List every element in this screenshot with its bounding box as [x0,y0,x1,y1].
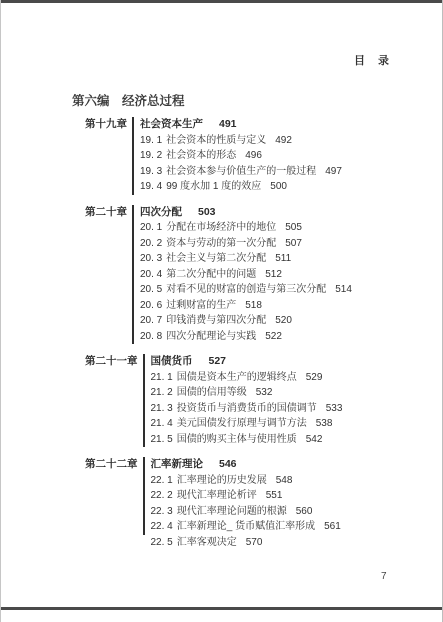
section-title: 社会资本的性质与定义 [166,135,266,146]
section-title: 四次分配理论与实践 [166,331,256,342]
section-title: 国债是资本生产的逻辑终点 [177,372,297,383]
page-top-border [0,0,443,3]
chapter-label: 第二十章 [85,205,127,221]
section-title: 汇率客观决定 [177,537,237,548]
section-number: 22. 5 [151,537,173,548]
toc-entry: 20. 5对看不见的财富的创造与第三次分配514 [140,282,352,298]
toc-entry: 20. 6过剩财富的生产518 [140,298,352,314]
chapter-title-row: 社会资本生产491 [140,117,342,133]
section-page: 560 [296,506,313,517]
chapter-ruled-section: 社会资本生产491 19. 1社会资本的性质与定义492 19. 2社会资本的形… [132,117,342,195]
section-page: 512 [265,269,282,280]
chapter-ruled-section: 汇率新理论546 22. 1汇率理论的历史发展548 22. 2现代汇率理论析评… [143,457,341,535]
section-page: 542 [306,434,323,445]
section-page: 522 [265,331,282,342]
toc-entry: 22. 4汇率新理论_ 货币赋值汇率形成561 [151,519,341,535]
toc-entry: 20. 7印钱消费与第四次分配520 [140,313,352,329]
section-page: 570 [246,537,263,548]
section-title: 资本与劳动的第一次分配 [166,238,276,249]
section-page: 514 [335,284,352,295]
chapter-title-row: 国债货币527 [151,354,343,370]
chapter-ruled-section: 国债货币527 21. 1国债是资本生产的逻辑终点529 21. 2国债的信用等… [143,354,343,447]
toc-entry: 20. 1分配在市场经济中的地位505 [140,220,352,236]
section-page: 529 [306,372,323,383]
section-title: 过剩财富的生产 [166,300,236,311]
page-number: 7 [381,571,387,582]
chapter-ruled-section: 四次分配503 20. 1分配在市场经济中的地位505 20. 2资本与劳动的第… [132,205,352,345]
page-left-border [0,0,1,622]
section-title: 99 度水加 1 度的效应 [166,181,261,192]
section-number: 21. 5 [151,434,173,445]
toc-entry: 21. 1国债是资本生产的逻辑终点529 [151,370,343,386]
section-page: 511 [275,253,291,264]
section-title: 汇率新理论_ 货币赋值汇率形成 [177,521,315,532]
toc-entry: 21. 3投资货币与消费货币的国债调节533 [151,401,343,417]
toc-entry: 19. 2社会资本的形态496 [140,148,342,164]
chapter-title: 社会资本生产 [140,118,203,130]
chapter-unruled-section: 22. 5汇率客观决定570 [143,535,341,551]
toc-entry: 21. 2国债的信用等级532 [151,385,343,401]
chapter-page: 527 [209,355,227,367]
section-title: 汇率理论的历史发展 [177,475,267,486]
toc-entry: 22. 2现代汇率理论析评551 [151,488,341,504]
section-number: 21. 2 [151,387,173,398]
section-title: 第二次分配中的问题 [166,269,256,280]
section-page: 533 [326,403,343,414]
chapter-page: 491 [219,118,237,130]
section-number: 21. 4 [151,418,173,429]
chapter-title-row: 四次分配503 [140,205,352,221]
chapter-body: 四次分配503 20. 1分配在市场经济中的地位505 20. 2资本与劳动的第… [132,205,352,345]
section-number: 20. 3 [140,253,162,264]
section-number: 20. 2 [140,238,162,249]
section-number: 20. 7 [140,315,162,326]
section-number: 19. 4 [140,181,162,192]
section-number: 21. 3 [151,403,173,414]
chapter-block-20: 第二十章 四次分配503 20. 1分配在市场经济中的地位505 20. 2资本… [85,205,425,345]
toc-entry: 19. 1社会资本的性质与定义492 [140,133,342,149]
section-page: 518 [245,300,262,311]
section-title: 对看不见的财富的创造与第三次分配 [166,284,326,295]
chapter-page: 503 [198,206,216,218]
section-number: 20. 5 [140,284,162,295]
section-title: 现代汇率理论析评 [177,490,257,501]
section-number: 22. 4 [151,521,173,532]
section-page: 538 [316,418,333,429]
section-page: 496 [245,150,262,161]
section-number: 20. 6 [140,300,162,311]
toc-entry: 20. 2资本与劳动的第一次分配507 [140,236,352,252]
chapter-body: 国债货币527 21. 1国债是资本生产的逻辑终点529 21. 2国债的信用等… [143,354,343,447]
chapter-title: 四次分配 [140,206,182,218]
running-head: 目 录 [354,52,390,68]
toc-entry: 21. 4美元国债发行原理与调节方法538 [151,416,343,432]
section-page: 497 [325,166,342,177]
section-title: 投资货币与消费货币的国债调节 [177,403,317,414]
chapter-label: 第十九章 [85,117,127,133]
section-title: 国债的信用等级 [177,387,247,398]
section-number: 22. 1 [151,475,173,486]
toc-entry: 19. 499 度水加 1 度的效应500 [140,179,342,195]
section-page: 548 [276,475,293,486]
chapter-title: 汇率新理论 [151,458,204,470]
toc-entry: 20. 8四次分配理论与实践522 [140,329,352,345]
toc-entry: 20. 3社会主义与第二次分配511 [140,251,352,267]
section-number: 19. 2 [140,150,162,161]
section-page: 551 [266,490,283,501]
chapter-body: 社会资本生产491 19. 1社会资本的性质与定义492 19. 2社会资本的形… [132,117,342,195]
toc-page: 目 录 第六编 经济总过程 第十九章 社会资本生产491 19. 1社会资本的性… [0,0,443,622]
section-number: 22. 3 [151,506,173,517]
section-title: 分配在市场经济中的地位 [166,222,276,233]
page-bottom-border [0,607,443,610]
section-page: 507 [285,238,302,249]
chapter-block-21: 第二十一章 国债货币527 21. 1国债是资本生产的逻辑终点529 21. 2… [85,354,425,447]
section-title: 印钱消费与第四次分配 [166,315,266,326]
chapter-label: 第二十一章 [85,354,138,370]
section-number: 20. 8 [140,331,162,342]
section-number: 20. 1 [140,222,162,233]
chapter-title-row: 汇率新理论546 [151,457,341,473]
toc-entry: 20. 4第二次分配中的问题512 [140,267,352,283]
toc-entry: 21. 5国债的购买主体与使用性质542 [151,432,343,448]
section-title: 社会主义与第二次分配 [166,253,266,264]
toc-entry: 22. 3现代汇率理论问题的根源560 [151,504,341,520]
toc-entry: 22. 1汇率理论的历史发展548 [151,473,341,489]
section-page: 561 [324,521,341,532]
section-title: 国债的购买主体与使用性质 [177,434,297,445]
chapter-title: 国债货币 [151,355,193,367]
chapter-page: 546 [219,458,237,470]
section-page: 505 [285,222,302,233]
section-number: 19. 3 [140,166,162,177]
section-title: 社会资本参与价值生产的一般过程 [166,166,316,177]
toc-entry: 22. 5汇率客观决定570 [151,535,341,551]
section-page: 500 [270,181,287,192]
chapter-label: 第二十二章 [85,457,138,473]
table-of-contents: 第十九章 社会资本生产491 19. 1社会资本的性质与定义492 19. 2社… [85,117,425,560]
section-number: 19. 1 [140,135,162,146]
chapter-body: 汇率新理论546 22. 1汇率理论的历史发展548 22. 2现代汇率理论析评… [143,457,341,550]
section-title: 社会资本的形态 [166,150,236,161]
chapter-block-22: 第二十二章 汇率新理论546 22. 1汇率理论的历史发展548 22. 2现代… [85,457,425,550]
chapter-block-19: 第十九章 社会资本生产491 19. 1社会资本的性质与定义492 19. 2社… [85,117,425,195]
toc-entry: 19. 3社会资本参与价值生产的一般过程497 [140,164,342,180]
section-number: 21. 1 [151,372,173,383]
section-title: 现代汇率理论问题的根源 [177,506,287,517]
section-page: 532 [256,387,273,398]
section-page: 520 [275,315,292,326]
part-heading: 第六编 经济总过程 [72,91,185,109]
section-page: 492 [275,135,292,146]
section-number: 22. 2 [151,490,173,501]
section-title: 美元国债发行原理与调节方法 [177,418,307,429]
section-number: 20. 4 [140,269,162,280]
